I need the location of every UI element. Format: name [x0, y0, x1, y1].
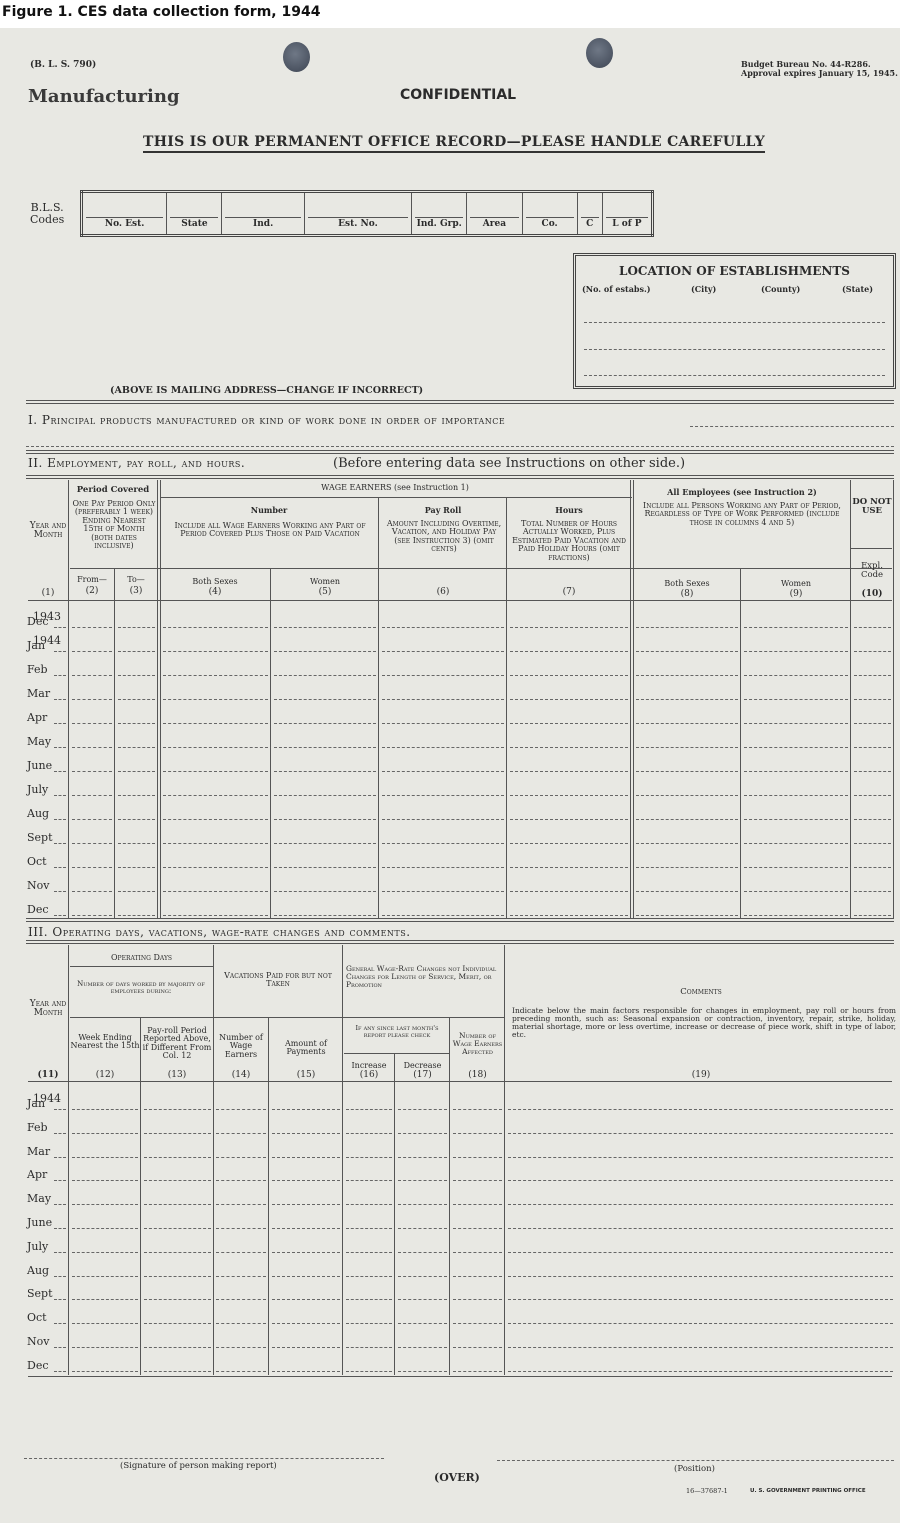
- month-leader: [54, 626, 66, 628]
- month-label: Sept: [27, 831, 53, 844]
- entry-cell-col-3[interactable]: [118, 662, 155, 676]
- year-month-header: Year and Month: [28, 522, 68, 541]
- entry-cell-col-10[interactable]: [854, 686, 891, 700]
- entry-cell-col-8[interactable]: [636, 662, 738, 676]
- month-label: Jan: [27, 1097, 45, 1110]
- entry-cell-col-17[interactable]: [398, 1286, 447, 1300]
- entry-cell-col-4[interactable]: [163, 854, 268, 868]
- entry-cell-col-4[interactable]: [163, 734, 268, 748]
- entry-cell-col-8[interactable]: [636, 614, 738, 628]
- code-field-no-est[interactable]: No. Est.: [82, 192, 167, 236]
- entry-cell-col-9[interactable]: [744, 686, 848, 700]
- entry-cell-col-3[interactable]: [118, 806, 155, 820]
- location-col-city: (City): [691, 284, 716, 294]
- entry-cell-col-14[interactable]: [216, 1167, 266, 1181]
- entry-cell-col-14[interactable]: [216, 1334, 266, 1348]
- entry-cell-col-17[interactable]: [398, 1239, 447, 1253]
- entry-cell-col-18[interactable]: [453, 1334, 502, 1348]
- entry-cell-col-2[interactable]: [72, 806, 112, 820]
- col-divider: [157, 480, 161, 919]
- entry-cell-col-7[interactable]: [510, 782, 628, 796]
- month-label: Sept: [27, 1287, 53, 1300]
- entry-cell-col-7[interactable]: [510, 686, 628, 700]
- entry-cell-col-6[interactable]: [382, 614, 504, 628]
- month-label: Apr: [27, 1168, 47, 1181]
- col-divider: [68, 480, 69, 919]
- entry-cell-col-19[interactable]: [508, 1144, 893, 1158]
- entry-cell-col-12[interactable]: [72, 1358, 138, 1372]
- entry-cell-col-16[interactable]: [346, 1120, 392, 1134]
- entry-cell-col-4[interactable]: [163, 806, 268, 820]
- entry-cell-col-13[interactable]: [144, 1263, 211, 1277]
- entry-cell-col-16[interactable]: [346, 1215, 392, 1229]
- entry-cell-col-14[interactable]: [216, 1096, 266, 1110]
- entry-cell-col-10[interactable]: [854, 782, 891, 796]
- entry-cell-col-12[interactable]: [72, 1215, 138, 1229]
- entry-cell-col-4[interactable]: [163, 710, 268, 724]
- entry-cell-col-12[interactable]: [72, 1167, 138, 1181]
- entry-cell-col-9[interactable]: [744, 662, 848, 676]
- entry-cell-col-13[interactable]: [144, 1167, 211, 1181]
- section-2-title: II. Employment, pay roll, and hours.: [28, 456, 245, 470]
- entry-cell-col-10[interactable]: [854, 614, 891, 628]
- month-label: July: [27, 783, 48, 796]
- col-num-8: (8): [634, 589, 740, 599]
- entry-cell-col-6[interactable]: [382, 710, 504, 724]
- entry-cell-col-10[interactable]: [854, 734, 891, 748]
- entry-cell-col-6[interactable]: [382, 902, 504, 916]
- entry-cell-col-10[interactable]: [854, 806, 891, 820]
- entry-cell-col-3[interactable]: [118, 782, 155, 796]
- entry-cell-col-19[interactable]: [508, 1191, 893, 1205]
- month-leader: [54, 1346, 66, 1348]
- entry-cell-col-13[interactable]: [144, 1239, 211, 1253]
- entry-cell-col-19[interactable]: [508, 1310, 893, 1324]
- entry-cell-col-15[interactable]: [272, 1120, 340, 1134]
- col-num-18: (18): [451, 1070, 504, 1080]
- code-field-c[interactable]: C: [577, 192, 602, 236]
- entry-cell-col-13[interactable]: [144, 1358, 211, 1372]
- divider: [26, 940, 894, 944]
- entry-cell-col-6[interactable]: [382, 758, 504, 772]
- entry-cell-col-15[interactable]: [272, 1263, 340, 1277]
- wage-earners-header: WAGE EARNERS (see Instruction 1): [160, 484, 630, 492]
- entry-cell-col-8[interactable]: [636, 734, 738, 748]
- entry-cell-col-6[interactable]: [382, 830, 504, 844]
- principal-products-line-2[interactable]: [26, 446, 894, 447]
- entry-cell-col-8[interactable]: [636, 758, 738, 772]
- entry-cell-col-15[interactable]: [272, 1191, 340, 1205]
- month-label: June: [27, 1216, 52, 1229]
- entry-cell-col-8[interactable]: [636, 878, 738, 892]
- entry-cell-col-8[interactable]: [636, 854, 738, 868]
- bls-codes-label: B.L.S. Codes: [30, 202, 64, 225]
- entry-cell-col-5[interactable]: [274, 854, 376, 868]
- entry-cell-col-17[interactable]: [398, 1310, 447, 1324]
- month-label: Feb: [27, 1121, 48, 1134]
- entry-cell-col-15[interactable]: [272, 1144, 340, 1158]
- entry-cell-col-3[interactable]: [118, 710, 155, 724]
- month-label: June: [27, 759, 52, 772]
- entry-cell-col-17[interactable]: [398, 1215, 447, 1229]
- entry-cell-col-13[interactable]: [144, 1191, 211, 1205]
- entry-cell-col-8[interactable]: [636, 782, 738, 796]
- entry-cell-col-14[interactable]: [216, 1191, 266, 1205]
- entry-cell-col-2[interactable]: [72, 638, 112, 652]
- entry-cell-col-4[interactable]: [163, 782, 268, 796]
- entry-cell-col-10[interactable]: [854, 854, 891, 868]
- entry-cell-col-17[interactable]: [398, 1167, 447, 1181]
- entry-cell-col-6[interactable]: [382, 782, 504, 796]
- entry-cell-col-7[interactable]: [510, 806, 628, 820]
- expl-code-header: Expl. Code: [852, 562, 892, 580]
- all-employees-header: All Employees (see Instruction 2): [634, 488, 850, 496]
- entry-cell-col-15[interactable]: [272, 1239, 340, 1253]
- entry-cell-col-7[interactable]: [510, 638, 628, 652]
- entry-cell-col-18[interactable]: [453, 1239, 502, 1253]
- code-field-area[interactable]: Area: [467, 192, 522, 236]
- month-leader: [54, 1227, 66, 1229]
- entry-cell-col-2[interactable]: [72, 782, 112, 796]
- entry-cell-col-12[interactable]: [72, 1239, 138, 1253]
- entry-cell-col-3[interactable]: [118, 878, 155, 892]
- entry-cell-col-10[interactable]: [854, 830, 891, 844]
- entry-cell-col-4[interactable]: [163, 638, 268, 652]
- col-num-11: (11): [28, 1070, 68, 1080]
- entry-cell-col-16[interactable]: [346, 1358, 392, 1372]
- entry-cell-col-5[interactable]: [274, 710, 376, 724]
- month-leader: [54, 818, 66, 820]
- entry-cell-col-18[interactable]: [453, 1167, 502, 1181]
- entry-cell-col-5[interactable]: [274, 638, 376, 652]
- month-leader: [54, 698, 66, 700]
- entry-cell-col-7[interactable]: [510, 854, 628, 868]
- col-divider: [394, 1053, 395, 1375]
- entry-cell-col-13[interactable]: [144, 1144, 211, 1158]
- entry-cell-col-18[interactable]: [453, 1144, 502, 1158]
- month-leader: [54, 770, 66, 772]
- position-label: (Position): [674, 1464, 715, 1474]
- entry-cell-col-10[interactable]: [854, 758, 891, 772]
- entry-cell-col-16[interactable]: [346, 1310, 392, 1324]
- month-leader: [54, 674, 66, 676]
- entry-cell-col-7[interactable]: [510, 662, 628, 676]
- entry-cell-col-7[interactable]: [510, 710, 628, 724]
- entry-cell-col-14[interactable]: [216, 1120, 266, 1134]
- month-label: Apr: [27, 711, 47, 724]
- punch-hole-icon: [586, 38, 613, 68]
- col-divider: [213, 945, 214, 1375]
- entry-cell-col-8[interactable]: [636, 806, 738, 820]
- entry-cell-col-16[interactable]: [346, 1191, 392, 1205]
- entry-cell-col-9[interactable]: [744, 902, 848, 916]
- month-leader: [54, 1298, 66, 1300]
- entry-cell-col-19[interactable]: [508, 1286, 893, 1300]
- entry-cell-col-9[interactable]: [744, 830, 848, 844]
- col-num-1: (1): [28, 588, 68, 598]
- entry-cell-col-18[interactable]: [453, 1358, 502, 1372]
- month-label: May: [27, 735, 51, 748]
- col-num-6: (6): [380, 587, 506, 597]
- entry-cell-col-16[interactable]: [346, 1263, 392, 1277]
- entry-cell-col-5[interactable]: [274, 902, 376, 916]
- entry-cell-col-5[interactable]: [274, 782, 376, 796]
- entry-cell-col-2[interactable]: [72, 662, 112, 676]
- entry-cell-col-2[interactable]: [72, 830, 112, 844]
- entry-cell-col-12[interactable]: [72, 1096, 138, 1110]
- entry-cell-col-17[interactable]: [398, 1263, 447, 1277]
- row-divider: [70, 966, 213, 967]
- comments-desc: Indicate below the main factors responsi…: [512, 1007, 896, 1039]
- entry-cell-col-18[interactable]: [453, 1096, 502, 1110]
- entry-cell-col-19[interactable]: [508, 1120, 893, 1134]
- entry-cell-col-18[interactable]: [453, 1310, 502, 1324]
- form-paper: (B. L. S. 790) Manufacturing CONFIDENTIA…: [0, 28, 900, 1523]
- entry-cell-col-4[interactable]: [163, 662, 268, 676]
- code-field-co[interactable]: Co.: [522, 192, 577, 236]
- entry-cell-col-4[interactable]: [163, 830, 268, 844]
- month-leader: [54, 1108, 66, 1110]
- entry-cell-col-9[interactable]: [744, 782, 848, 796]
- month-leader: [54, 914, 66, 916]
- entry-cell-col-4[interactable]: [163, 614, 268, 628]
- col-divider: [449, 1018, 450, 1375]
- col-num-15: (15): [270, 1070, 342, 1080]
- print-code: 16—37687-1: [686, 1487, 728, 1495]
- entry-cell-col-14[interactable]: [216, 1286, 266, 1300]
- entry-cell-col-4[interactable]: [163, 758, 268, 772]
- entry-cell-col-6[interactable]: [382, 638, 504, 652]
- entry-cell-col-15[interactable]: [272, 1096, 340, 1110]
- entry-cell-col-15[interactable]: [272, 1167, 340, 1181]
- entry-cell-col-13[interactable]: [144, 1334, 211, 1348]
- entry-cell-col-7[interactable]: [510, 734, 628, 748]
- entry-cell-col-18[interactable]: [453, 1120, 502, 1134]
- col-num-9: (9): [742, 589, 850, 599]
- entry-cell-col-19[interactable]: [508, 1096, 893, 1110]
- entry-cell-col-10[interactable]: [854, 710, 891, 724]
- bls-codes-table: No. Est. State Ind. Est. No. Ind. Grp. A…: [80, 190, 654, 237]
- mailing-address-note: (ABOVE IS MAILING ADDRESS—CHANGE IF INCO…: [110, 385, 423, 396]
- col-divider: [270, 568, 271, 919]
- entry-cell-col-12[interactable]: [72, 1144, 138, 1158]
- month-label: Dec: [27, 903, 49, 916]
- divider: [26, 450, 894, 454]
- entry-cell-col-6[interactable]: [382, 734, 504, 748]
- month-leader: [54, 1275, 66, 1277]
- entry-cell-col-3[interactable]: [118, 902, 155, 916]
- code-field-ind[interactable]: Ind.: [222, 192, 304, 236]
- entry-cell-col-16[interactable]: [346, 1334, 392, 1348]
- entry-cell-col-2[interactable]: [72, 734, 112, 748]
- entry-cell-col-8[interactable]: [636, 710, 738, 724]
- entry-cell-col-17[interactable]: [398, 1191, 447, 1205]
- month-label: Dec: [27, 1359, 49, 1372]
- entry-cell-col-7[interactable]: [510, 902, 628, 916]
- entry-cell-col-3[interactable]: [118, 758, 155, 772]
- entry-cell-col-15[interactable]: [272, 1358, 340, 1372]
- month-label: May: [27, 1192, 51, 1205]
- entry-cell-col-13[interactable]: [144, 1096, 211, 1110]
- location-col-estabs: (No. of estabs.): [582, 284, 651, 294]
- entry-cell-col-17[interactable]: [398, 1334, 447, 1348]
- entry-cell-col-3[interactable]: [118, 734, 155, 748]
- entry-cell-col-19[interactable]: [508, 1215, 893, 1229]
- bls-label-1: B.L.S.: [30, 202, 64, 214]
- entry-cell-col-13[interactable]: [144, 1120, 211, 1134]
- entry-cell-col-17[interactable]: [398, 1096, 447, 1110]
- entry-cell-col-13[interactable]: [144, 1310, 211, 1324]
- entry-cell-col-7[interactable]: [510, 830, 628, 844]
- entry-cell-col-2[interactable]: [72, 686, 112, 700]
- entry-cell-col-15[interactable]: [272, 1286, 340, 1300]
- entry-cell-col-5[interactable]: [274, 806, 376, 820]
- entry-cell-col-19[interactable]: [508, 1167, 893, 1181]
- number-desc: Include all Wage Earners Working any Par…: [164, 522, 376, 539]
- entry-cell-col-6[interactable]: [382, 806, 504, 820]
- entry-cell-col-6[interactable]: [382, 854, 504, 868]
- entry-cell-col-17[interactable]: [398, 1144, 447, 1158]
- if-any-header: If any since last month's report please …: [346, 1025, 448, 1039]
- women-5-header: Women: [272, 578, 378, 586]
- entry-cell-col-15[interactable]: [272, 1334, 340, 1348]
- entry-cell-col-18[interactable]: [453, 1286, 502, 1300]
- entry-cell-col-2[interactable]: [72, 854, 112, 868]
- entry-cell-col-6[interactable]: [382, 878, 504, 892]
- entry-cell-col-8[interactable]: [636, 830, 738, 844]
- entry-cell-col-9[interactable]: [744, 758, 848, 772]
- entry-cell-col-7[interactable]: [510, 758, 628, 772]
- entry-cell-col-3[interactable]: [118, 638, 155, 652]
- entry-cell-col-15[interactable]: [272, 1310, 340, 1324]
- entry-cell-col-13[interactable]: [144, 1215, 211, 1229]
- entry-cell-col-7[interactable]: [510, 878, 628, 892]
- month-label: Nov: [27, 1335, 49, 1348]
- entry-cell-col-10[interactable]: [854, 902, 891, 916]
- entry-cell-col-7[interactable]: [510, 614, 628, 628]
- entry-cell-col-15[interactable]: [272, 1215, 340, 1229]
- entry-cell-col-9[interactable]: [744, 878, 848, 892]
- month-leader: [54, 1370, 66, 1372]
- signature-line[interactable]: [24, 1458, 384, 1459]
- entry-cell-col-9[interactable]: [744, 806, 848, 820]
- permanent-record-banner: THIS IS OUR PERMANENT OFFICE RECORD—PLEA…: [143, 134, 765, 153]
- entry-cell-col-6[interactable]: [382, 686, 504, 700]
- vac-number-header: Number of Wage Earners: [214, 1034, 268, 1059]
- entry-cell-col-10[interactable]: [854, 878, 891, 892]
- code-field-est-no[interactable]: Est. No.: [304, 192, 411, 236]
- entry-cell-col-12[interactable]: [72, 1286, 138, 1300]
- entry-cell-col-8[interactable]: [636, 686, 738, 700]
- entry-cell-col-3[interactable]: [118, 614, 155, 628]
- entry-cell-col-5[interactable]: [274, 614, 376, 628]
- entry-cell-col-8[interactable]: [636, 902, 738, 916]
- entry-cell-col-8[interactable]: [636, 638, 738, 652]
- location-line-3[interactable]: [584, 375, 885, 376]
- entry-cell-col-2[interactable]: [72, 710, 112, 724]
- month-label: Feb: [27, 663, 48, 676]
- entry-cell-col-2[interactable]: [72, 758, 112, 772]
- entry-cell-col-2[interactable]: [72, 902, 112, 916]
- entry-cell-col-14[interactable]: [216, 1215, 266, 1229]
- code-field-state[interactable]: State: [167, 192, 222, 236]
- code-field-l-of-p[interactable]: L of P: [602, 192, 652, 236]
- entry-cell-col-4[interactable]: [163, 878, 268, 892]
- location-line-2[interactable]: [584, 349, 885, 350]
- entry-cell-col-18[interactable]: [453, 1263, 502, 1277]
- entry-cell-col-10[interactable]: [854, 662, 891, 676]
- entry-cell-col-12[interactable]: [72, 1263, 138, 1277]
- entry-cell-col-9[interactable]: [744, 734, 848, 748]
- entry-cell-col-19[interactable]: [508, 1239, 893, 1253]
- position-line[interactable]: [497, 1460, 894, 1461]
- entry-cell-col-16[interactable]: [346, 1096, 392, 1110]
- entry-cell-col-5[interactable]: [274, 686, 376, 700]
- entry-cell-col-16[interactable]: [346, 1286, 392, 1300]
- entry-cell-col-12[interactable]: [72, 1334, 138, 1348]
- entry-cell-col-19[interactable]: [508, 1263, 893, 1277]
- entry-cell-col-14[interactable]: [216, 1358, 266, 1372]
- entry-cell-col-4[interactable]: [163, 902, 268, 916]
- figure-caption: Figure 1. CES data collection form, 1944: [2, 4, 320, 20]
- entry-cell-col-12[interactable]: [72, 1120, 138, 1134]
- col-num-2: (2): [70, 586, 114, 596]
- entry-cell-col-19[interactable]: [508, 1334, 893, 1348]
- entry-cell-col-12[interactable]: [72, 1191, 138, 1205]
- vacations-header: Vacations Paid for but not Taken: [218, 972, 338, 989]
- entry-cell-col-6[interactable]: [382, 662, 504, 676]
- code-field-ind-grp[interactable]: Ind. Grp.: [412, 192, 467, 236]
- entry-cell-col-14[interactable]: [216, 1310, 266, 1324]
- entry-cell-col-13[interactable]: [144, 1286, 211, 1300]
- entry-cell-col-5[interactable]: [274, 830, 376, 844]
- entry-cell-col-14[interactable]: [216, 1144, 266, 1158]
- all-employees-desc: Include all Persons Working any Part of …: [640, 502, 844, 527]
- entry-cell-col-5[interactable]: [274, 734, 376, 748]
- entry-cell-col-9[interactable]: [744, 638, 848, 652]
- entry-cell-col-2[interactable]: [72, 614, 112, 628]
- entry-cell-col-3[interactable]: [118, 830, 155, 844]
- entry-cell-col-9[interactable]: [744, 854, 848, 868]
- entry-cell-col-3[interactable]: [118, 854, 155, 868]
- col-divider: [114, 568, 115, 919]
- entry-cell-col-10[interactable]: [854, 638, 891, 652]
- entry-cell-col-18[interactable]: [453, 1191, 502, 1205]
- entry-cell-col-14[interactable]: [216, 1263, 266, 1277]
- entry-cell-col-14[interactable]: [216, 1239, 266, 1253]
- over-label: (OVER): [434, 1471, 480, 1484]
- entry-cell-col-18[interactable]: [453, 1215, 502, 1229]
- entry-cell-col-5[interactable]: [274, 662, 376, 676]
- entry-cell-col-17[interactable]: [398, 1358, 447, 1372]
- entry-cell-col-17[interactable]: [398, 1120, 447, 1134]
- entry-cell-col-9[interactable]: [744, 710, 848, 724]
- entry-cell-col-5[interactable]: [274, 758, 376, 772]
- location-line-1[interactable]: [584, 322, 885, 323]
- entry-cell-col-5[interactable]: [274, 878, 376, 892]
- entry-cell-col-16[interactable]: [346, 1239, 392, 1253]
- principal-products-line-1[interactable]: [690, 426, 894, 427]
- entry-cell-col-19[interactable]: [508, 1358, 893, 1372]
- location-title: LOCATION OF ESTABLISHMENTS: [576, 264, 893, 278]
- entry-cell-col-16[interactable]: [346, 1167, 392, 1181]
- entry-cell-col-3[interactable]: [118, 686, 155, 700]
- entry-cell-col-16[interactable]: [346, 1144, 392, 1158]
- entry-cell-col-2[interactable]: [72, 878, 112, 892]
- entry-cell-col-9[interactable]: [744, 614, 848, 628]
- entry-cell-col-4[interactable]: [163, 686, 268, 700]
- entry-cell-col-12[interactable]: [72, 1310, 138, 1324]
